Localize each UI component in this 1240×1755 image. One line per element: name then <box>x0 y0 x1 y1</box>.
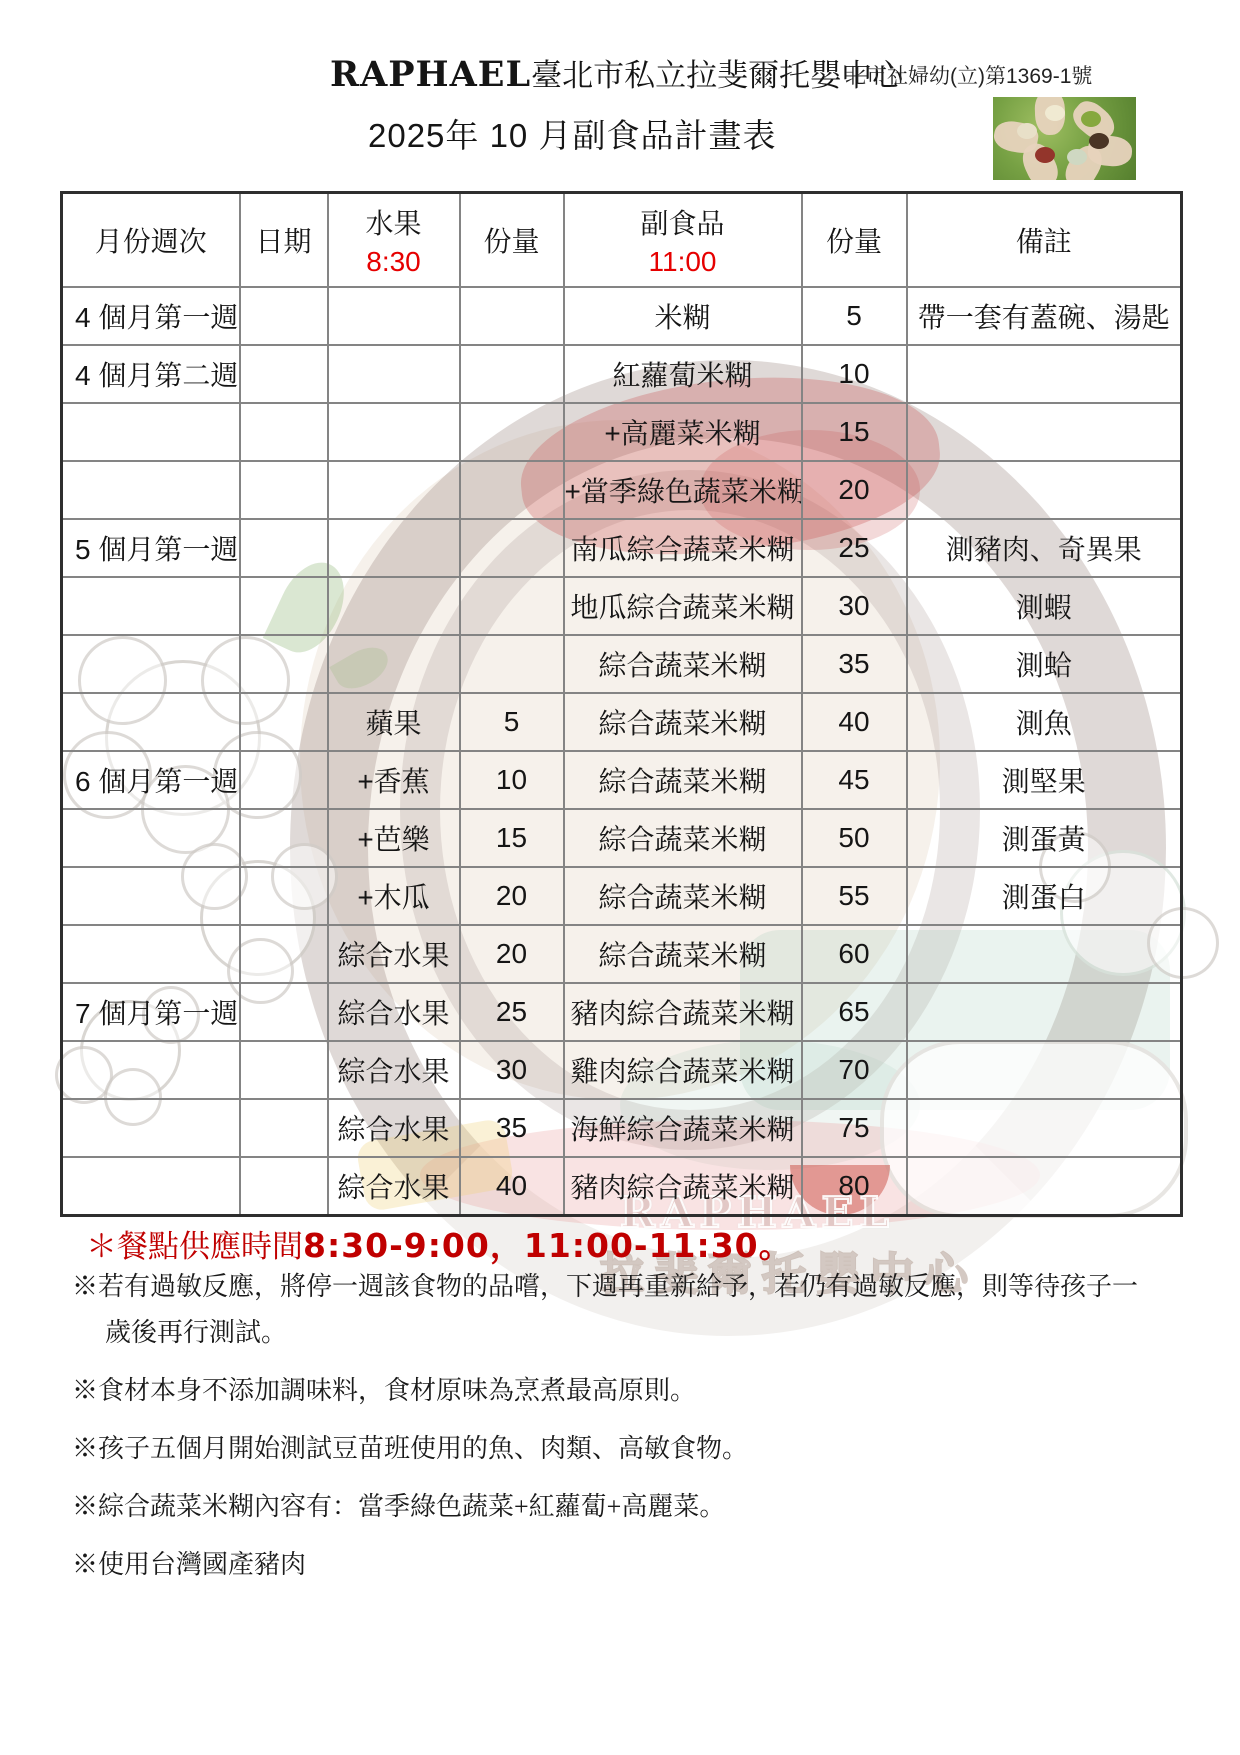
cell-fruit-qty <box>460 461 564 519</box>
table-row: +當季綠色蔬菜米糊20 <box>62 461 1182 519</box>
header-supplement-label: 副食品 <box>565 202 801 242</box>
cell-supplement-qty: 40 <box>802 693 907 751</box>
cell-remark: 測蛤 <box>907 635 1182 693</box>
cell-supplement-qty: 10 <box>802 345 907 403</box>
cell-supplement-qty: 55 <box>802 867 907 925</box>
cell-remark <box>907 345 1182 403</box>
table-row: 蘋果5綜合蔬菜米糊40測魚 <box>62 693 1182 751</box>
meal-plan-table: 月份週次 日期 水果 8:30 份量 副食品 11:00 份量 備註 4 個月第… <box>60 191 1183 1217</box>
cell-fruit: 綜合水果 <box>328 1157 460 1216</box>
meal-time-prefix: ＊餐點供應時間 <box>86 1229 303 1264</box>
cell-supplement: 綜合蔬菜米糊 <box>564 751 802 809</box>
table-row: 綜合水果30雞肉綜合蔬菜米糊70 <box>62 1041 1182 1099</box>
header-supplement-time: 11:00 <box>565 246 801 278</box>
header-qty2: 份量 <box>802 193 907 288</box>
cell-supplement-qty: 70 <box>802 1041 907 1099</box>
cell-remark: 測魚 <box>907 693 1182 751</box>
cell-remark: 測蛋白 <box>907 867 1182 925</box>
cell-supplement-qty: 60 <box>802 925 907 983</box>
cell-fruit: +木瓜 <box>328 867 460 925</box>
cell-fruit-qty <box>460 287 564 345</box>
table-row: 6 個月第一週+香蕉10綜合蔬菜米糊45測堅果 <box>62 751 1182 809</box>
cell-fruit <box>328 519 460 577</box>
cell-remark: 帶一套有蓋碗、湯匙 <box>907 287 1182 345</box>
table-row: 4 個月第二週紅蘿蔔米糊10 <box>62 345 1182 403</box>
cell-date <box>240 577 328 635</box>
cell-supplement: 綜合蔬菜米糊 <box>564 693 802 751</box>
table-row: 4 個月第一週米糊5帶一套有蓋碗、湯匙 <box>62 287 1182 345</box>
cell-remark <box>907 925 1182 983</box>
cell-supplement-qty: 25 <box>802 519 907 577</box>
cell-date <box>240 1099 328 1157</box>
cell-remark <box>907 403 1182 461</box>
cell-month-week <box>62 1157 240 1216</box>
cell-month-week <box>62 925 240 983</box>
cell-date <box>240 751 328 809</box>
cell-fruit-qty: 30 <box>460 1041 564 1099</box>
cell-remark <box>907 1099 1182 1157</box>
cell-supplement-qty: 80 <box>802 1157 907 1216</box>
cell-month-week: 7 個月第一週 <box>62 983 240 1041</box>
cell-supplement-qty: 75 <box>802 1099 907 1157</box>
license-number: 北市社婦幼(立)第1369-1號 <box>845 60 1092 90</box>
cell-remark: 測蝦 <box>907 577 1182 635</box>
table-row: +芭樂15綜合蔬菜米糊50測蛋黃 <box>62 809 1182 867</box>
cell-fruit-qty: 20 <box>460 867 564 925</box>
note-taiwan-pork: ※使用台灣國產豬肉 <box>72 1542 1152 1588</box>
cell-supplement: 紅蘿蔔米糊 <box>564 345 802 403</box>
cell-month-week: 4 個月第一週 <box>62 287 240 345</box>
cell-fruit <box>328 403 460 461</box>
cell-supplement-qty: 20 <box>802 461 907 519</box>
cell-fruit-qty <box>460 635 564 693</box>
beans-photo <box>993 97 1136 180</box>
cell-fruit: +香蕉 <box>328 751 460 809</box>
header-fruit-time: 8:30 <box>329 246 459 278</box>
header-date: 日期 <box>240 193 328 288</box>
meal-time-line: ＊餐點供應時間8:30-9:00，11:00-11:30。 <box>86 1220 793 1267</box>
cell-fruit-qty: 25 <box>460 983 564 1041</box>
table-row: +高麗菜米糊15 <box>62 403 1182 461</box>
cell-supplement-qty: 50 <box>802 809 907 867</box>
cell-supplement: 綜合蔬菜米糊 <box>564 925 802 983</box>
cell-date <box>240 287 328 345</box>
cell-supplement: 豬肉綜合蔬菜米糊 <box>564 983 802 1041</box>
meal-time-values: 8:30-9:00，11:00-11:30。 <box>303 1226 793 1265</box>
cell-supplement: 地瓜綜合蔬菜米糊 <box>564 577 802 635</box>
header-remark: 備註 <box>907 193 1182 288</box>
cell-supplement-qty: 45 <box>802 751 907 809</box>
cell-remark: 測蛋黃 <box>907 809 1182 867</box>
cell-date <box>240 693 328 751</box>
cell-month-week: 4 個月第二週 <box>62 345 240 403</box>
cell-fruit-qty <box>460 519 564 577</box>
cell-month-week <box>62 693 240 751</box>
cell-remark <box>907 1041 1182 1099</box>
cell-month-week <box>62 403 240 461</box>
cell-date <box>240 345 328 403</box>
cell-remark <box>907 461 1182 519</box>
cell-date <box>240 403 328 461</box>
cell-fruit <box>328 461 460 519</box>
cell-fruit: +芭樂 <box>328 809 460 867</box>
cell-month-week: 5 個月第一週 <box>62 519 240 577</box>
header-qty1: 份量 <box>460 193 564 288</box>
table-row: 5 個月第一週南瓜綜合蔬菜米糊25測豬肉、奇異果 <box>62 519 1182 577</box>
cell-fruit <box>328 635 460 693</box>
note-no-seasoning: ※食材本身不添加調味料，食材原味為烹煮最高原則。 <box>72 1368 1152 1414</box>
cell-supplement-qty: 65 <box>802 983 907 1041</box>
cell-fruit: 蘋果 <box>328 693 460 751</box>
cell-fruit-qty: 15 <box>460 809 564 867</box>
cell-month-week <box>62 461 240 519</box>
cell-fruit: 綜合水果 <box>328 925 460 983</box>
table-row: 7 個月第一週綜合水果25豬肉綜合蔬菜米糊65 <box>62 983 1182 1041</box>
header-supplement: 副食品 11:00 <box>564 193 802 288</box>
cell-fruit-qty <box>460 403 564 461</box>
cell-fruit: 綜合水果 <box>328 983 460 1041</box>
notes-list: ※若有過敏反應，將停一週該食物的品嚐，下週再重新給予，若仍有過敏反應，則等待孩子… <box>72 1264 1152 1600</box>
cell-supplement-qty: 5 <box>802 287 907 345</box>
cell-fruit <box>328 287 460 345</box>
beans-mung <box>1081 111 1101 127</box>
header-month-week: 月份週次 <box>62 193 240 288</box>
cell-supplement: +高麗菜米糊 <box>564 403 802 461</box>
brand-line: RAPHAEL臺北市私立拉斐爾托嬰中心 <box>330 50 903 95</box>
note-allergy: ※若有過敏反應，將停一週該食物的品嚐，下週再重新給予，若仍有過敏反應，則等待孩子… <box>72 1264 1152 1356</box>
beans-white <box>1045 105 1065 121</box>
cell-supplement-qty: 30 <box>802 577 907 635</box>
table-row: 地瓜綜合蔬菜米糊30測蝦 <box>62 577 1182 635</box>
cell-supplement: 綜合蔬菜米糊 <box>564 635 802 693</box>
cell-supplement: 豬肉綜合蔬菜米糊 <box>564 1157 802 1216</box>
cell-fruit <box>328 577 460 635</box>
cell-fruit-qty: 35 <box>460 1099 564 1157</box>
table-row: 綜合水果35海鮮綜合蔬菜米糊75 <box>62 1099 1182 1157</box>
cell-remark: 測豬肉、奇異果 <box>907 519 1182 577</box>
cell-supplement: 海鮮綜合蔬菜米糊 <box>564 1099 802 1157</box>
cell-fruit-qty: 20 <box>460 925 564 983</box>
cell-date <box>240 519 328 577</box>
cell-fruit <box>328 345 460 403</box>
cell-fruit: 綜合水果 <box>328 1041 460 1099</box>
cell-date <box>240 925 328 983</box>
header-fruit-label: 水果 <box>329 202 459 242</box>
header-fruit: 水果 8:30 <box>328 193 460 288</box>
beans-pale <box>1067 149 1087 165</box>
cell-fruit-qty: 40 <box>460 1157 564 1216</box>
cell-date <box>240 983 328 1041</box>
page-title: 2025年 10 月副食品計畫表 <box>368 110 776 157</box>
cell-month-week <box>62 577 240 635</box>
cell-fruit-qty: 5 <box>460 693 564 751</box>
cell-fruit: 綜合水果 <box>328 1099 460 1157</box>
cell-supplement: 綜合蔬菜米糊 <box>564 809 802 867</box>
cell-date <box>240 635 328 693</box>
table-header-row: 月份週次 日期 水果 8:30 份量 副食品 11:00 份量 備註 <box>62 193 1182 288</box>
cell-fruit-qty: 10 <box>460 751 564 809</box>
table-row: +木瓜20綜合蔬菜米糊55測蛋白 <box>62 867 1182 925</box>
cell-remark <box>907 983 1182 1041</box>
cell-supplement-qty: 35 <box>802 635 907 693</box>
cell-remark <box>907 1157 1182 1216</box>
table-row: 綜合水果20綜合蔬菜米糊60 <box>62 925 1182 983</box>
cell-month-week: 6 個月第一週 <box>62 751 240 809</box>
cell-supplement: 雞肉綜合蔬菜米糊 <box>564 1041 802 1099</box>
note-mixed-veg-content: ※綜合蔬菜米糊內容有：當季綠色蔬菜+紅蘿蔔+高麗菜。 <box>72 1484 1152 1530</box>
cell-supplement: 綜合蔬菜米糊 <box>564 867 802 925</box>
cell-supplement-qty: 15 <box>802 403 907 461</box>
cell-month-week <box>62 1099 240 1157</box>
cell-fruit-qty <box>460 577 564 635</box>
cell-date <box>240 867 328 925</box>
cell-month-week <box>62 809 240 867</box>
cell-date <box>240 461 328 519</box>
table-row: 綜合水果40豬肉綜合蔬菜米糊80 <box>62 1157 1182 1216</box>
beans-soy <box>1017 123 1037 139</box>
cell-fruit-qty <box>460 345 564 403</box>
cell-month-week <box>62 635 240 693</box>
beans-dark <box>1089 133 1109 149</box>
cell-remark: 測堅果 <box>907 751 1182 809</box>
cell-supplement: 米糊 <box>564 287 802 345</box>
cell-month-week <box>62 1041 240 1099</box>
cell-date <box>240 1157 328 1216</box>
note-five-month-test: ※孩子五個月開始測試豆苗班使用的魚、肉類、高敏食物。 <box>72 1426 1152 1472</box>
cell-month-week <box>62 867 240 925</box>
cell-supplement: 南瓜綜合蔬菜米糊 <box>564 519 802 577</box>
cell-date <box>240 809 328 867</box>
beans-red <box>1035 147 1055 163</box>
meal-table-body: 4 個月第一週米糊5帶一套有蓋碗、湯匙4 個月第二週紅蘿蔔米糊10+高麗菜米糊1… <box>62 287 1182 1216</box>
cell-supplement: +當季綠色蔬菜米糊 <box>564 461 802 519</box>
brand-logo-text: RAPHAEL <box>330 54 531 95</box>
table-row: 綜合蔬菜米糊35測蛤 <box>62 635 1182 693</box>
cell-date <box>240 1041 328 1099</box>
